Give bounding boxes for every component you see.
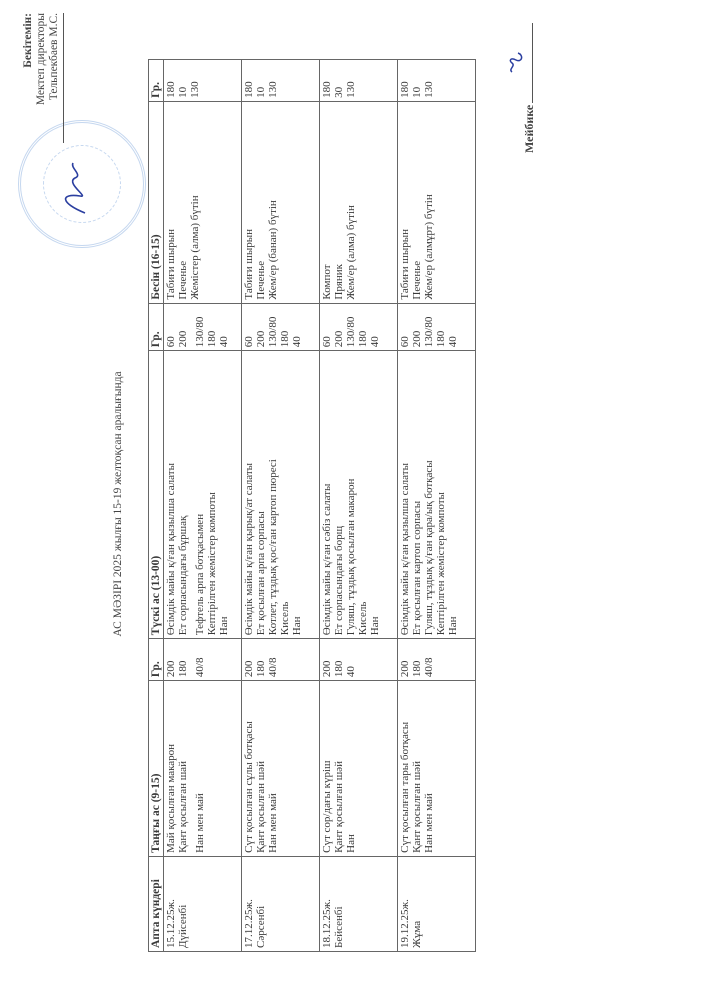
lunch-grams-cell-item: 200	[177, 307, 189, 348]
lunch-cell-item: Ет сорпасындағы борщ	[333, 354, 345, 635]
day-cell: 19.12.25ж.Жұма	[398, 856, 476, 951]
lunch-cell-item: Өсімдік майы қ/ған қызылша салаты	[399, 354, 411, 635]
breakfast-grams-cell-item: 200	[399, 642, 411, 677]
lunch-cell: Өсімдік майы қ/ған сәбіз салатыЕт сорпас…	[320, 351, 398, 639]
day-cell-item: 19.12.25ж.	[399, 860, 411, 948]
day-cell-item: Жұма	[411, 860, 423, 948]
lunch-cell-item: Ет қосылған арпа сорпасы	[255, 354, 267, 635]
snack-cell-item: Табиғи шырын	[399, 105, 411, 300]
breakfast-cell-item: Қант қосылған шәй	[411, 684, 423, 853]
lunch-grams-cell-item: 40	[218, 307, 230, 348]
snack-cell: КомпотПряникЖем/ер (алма) бүтін	[320, 101, 398, 303]
nurse-signature-icon	[506, 51, 528, 75]
breakfast-cell-item: Нан	[345, 684, 357, 853]
header-gr-lunch: Гр.	[149, 303, 164, 351]
lunch-cell-item: Ет сорпасындағы бұршақ	[177, 354, 189, 635]
lunch-cell-item: Тефтель арпа ботқасымен	[194, 354, 206, 635]
nurse-signature-line	[520, 23, 533, 103]
snack-grams-cell-item: 10	[177, 63, 189, 98]
breakfast-grams-cell-item: 180	[411, 642, 423, 677]
header-breakfast: Таңғы ас (9-15)	[149, 681, 164, 857]
breakfast-grams-cell-item: 40/8	[423, 642, 435, 677]
breakfast-cell: Сүт сор/дағы күрішҚант қосылған шәйНан	[320, 681, 398, 857]
snack-cell-item: Печенье	[255, 105, 267, 300]
lunch-grams-cell-item: 60	[243, 307, 255, 348]
approval-heading: Бекітемін:	[22, 13, 35, 173]
lunch-grams-cell-item: 200	[411, 307, 423, 348]
breakfast-grams-cell-item: 40/8	[194, 642, 206, 677]
lunch-cell-item: Кисель	[357, 354, 369, 635]
signature-line	[63, 13, 64, 143]
menu-table: Апта күндері Таңғы ас (9-15) Гр. Түскі а…	[148, 59, 476, 952]
lunch-grams-cell-item: 130/80	[423, 307, 435, 348]
lunch-grams-cell-item: 180	[435, 307, 447, 348]
lunch-cell-item: Котлет, тұздық қос/ған картоп пюресі	[267, 354, 279, 635]
day-cell-item: Бейсенбі	[333, 860, 345, 948]
lunch-grams-cell-item: 130/80	[267, 307, 279, 348]
lunch-cell: Өсімдік майы қ/ған қызылша салатыЕт сорп…	[164, 351, 242, 639]
lunch-grams-cell-item: 200	[255, 307, 267, 348]
snack-grams-cell: 18010130	[164, 60, 242, 102]
snack-cell: Табиғи шырынПеченьеЖем/ер (банан) бүтін	[242, 101, 320, 303]
day-cell: 18.12.25ж.Бейсенбі	[320, 856, 398, 951]
lunch-grams-cell-item: 40	[291, 307, 303, 348]
lunch-cell-item: Өсімдік майы қ/ған қызылша салаты	[165, 354, 177, 635]
header-lunch: Түскі ас (13-00)	[149, 351, 164, 639]
snack-grams-cell-item: 10	[411, 63, 423, 98]
header-gr-snack: Гр.	[149, 60, 164, 102]
snack-grams-cell: 18010130	[242, 60, 320, 102]
nurse-label: Мейбике	[522, 105, 536, 153]
breakfast-cell-item: Сүт қосылған тары ботқасы	[399, 684, 411, 853]
lunch-cell-item: Нан	[369, 354, 381, 635]
snack-cell-item: Жем/ер (алмұрт) бүтін	[423, 105, 435, 300]
snack-grams-cell-item: 180	[243, 63, 255, 98]
breakfast-cell-item: Қант қосылған шай	[177, 684, 189, 853]
table-row: 19.12.25ж.ЖұмаСүт қосылған тары ботқасыҚ…	[398, 60, 476, 952]
approval-position: Мектеп директоры	[35, 13, 48, 173]
snack-cell-item: Табиғи шырын	[165, 105, 177, 300]
breakfast-grams-cell-item: 40/8	[267, 642, 279, 677]
breakfast-grams-cell-item: 180	[255, 642, 267, 677]
snack-cell-item: Жем/ер (банан) бүтін	[267, 105, 279, 300]
day-cell: 17.12.25ж.Сәрсенбі	[242, 856, 320, 951]
lunch-grams-cell-item: 60	[165, 307, 177, 348]
lunch-grams-cell: 60200130/8018040	[242, 303, 320, 351]
breakfast-cell-item: Қант қосылған шәй	[255, 684, 267, 853]
snack-grams-cell-item: 10	[255, 63, 267, 98]
rotated-document-page: Бекітемін: Мектеп директоры Тельпекбаев …	[0, 0, 712, 1008]
lunch-cell-item: Өсімдік майы қ/ған қырық/ат салаты	[243, 354, 255, 635]
lunch-grams-cell-item: 130/80	[194, 307, 206, 348]
table-row: 18.12.25ж.БейсенбіСүт сор/дағы күрішҚант…	[320, 60, 398, 952]
approval-block: Бекітемін: Мектеп директоры Тельпекбаев …	[22, 13, 64, 173]
breakfast-cell-item: Сүт сор/дағы күріш	[321, 684, 333, 853]
breakfast-cell-item: Сүт қосылған сұлы ботқасы	[243, 684, 255, 853]
day-cell-item: 15.12.25ж.	[165, 860, 177, 948]
snack-grams-cell-item: 180	[321, 63, 333, 98]
snack-grams-cell: 18030130	[320, 60, 398, 102]
snack-cell-item: Компот	[321, 105, 333, 300]
day-cell-item: 17.12.25ж.	[243, 860, 255, 948]
day-cell-item: Сәрсенбі	[255, 860, 267, 948]
snack-grams-cell: 18010130	[398, 60, 476, 102]
snack-grams-cell-item: 130	[267, 63, 279, 98]
lunch-cell-item: Ет қосылған картоп сорпасы	[411, 354, 423, 635]
snack-grams-cell-item: 130	[423, 63, 435, 98]
lunch-cell-item: Гуляш, тұздық қосылған макарон	[345, 354, 357, 635]
lunch-grams-cell: 60200130/8018040	[398, 303, 476, 351]
breakfast-cell-item: Қант қосылған шәй	[333, 684, 345, 853]
breakfast-grams-cell: 20018040/8	[398, 639, 476, 681]
snack-cell: Табиғи шырынПеченьеЖем/ер (алмұрт) бүтін	[398, 101, 476, 303]
breakfast-grams-cell-item: 200	[243, 642, 255, 677]
breakfast-cell-item: Май қосылған макарон	[165, 684, 177, 853]
snack-cell-item: Печенье	[177, 105, 189, 300]
table-row: 15.12.25ж.ДүйсенбіМай қосылған макаронҚа…	[164, 60, 242, 952]
breakfast-grams-cell-item: 200	[321, 642, 333, 677]
breakfast-grams-cell: 20018040	[320, 639, 398, 681]
snack-cell-item: Жем/ер (алма) бүтін	[345, 105, 357, 300]
lunch-grams-cell-item: 60	[399, 307, 411, 348]
lunch-cell-item: Кисель	[279, 354, 291, 635]
lunch-cell-item: Гуляш, тұздық қ/ған қара/ық ботқасы	[423, 354, 435, 635]
breakfast-cell: Сүт қосылған сұлы ботқасыҚант қосылған ш…	[242, 681, 320, 857]
snack-cell: Табиғи шырынПеченьеЖемістер (алма) бүтін	[164, 101, 242, 303]
lunch-cell-item: Нан	[218, 354, 230, 635]
snack-cell-item: Жемістер (алма) бүтін	[189, 105, 201, 300]
breakfast-cell: Сүт қосылған тары ботқасыҚант қосылған ш…	[398, 681, 476, 857]
breakfast-grams-cell-item: 200	[165, 642, 177, 677]
breakfast-grams-cell-item: 40	[345, 642, 357, 677]
lunch-cell: Өсімдік майы қ/ған қырық/ат салатыЕт қос…	[242, 351, 320, 639]
breakfast-grams-cell: 20018040/8	[164, 639, 242, 681]
breakfast-cell-item: Нан мен май	[423, 684, 435, 853]
approval-name: Тельпекбаев М.С.	[48, 13, 61, 173]
lunch-grams-cell-item: 40	[369, 307, 381, 348]
lunch-cell-item: Кептірілген жемістер компоты	[206, 354, 218, 635]
lunch-cell-item: Кептірілген жемістер компоты	[435, 354, 447, 635]
lunch-grams-cell-item: 200	[333, 307, 345, 348]
breakfast-cell-item: Нан мен май	[267, 684, 279, 853]
lunch-grams-cell-item: 130/80	[345, 307, 357, 348]
lunch-grams-cell-item: 180	[206, 307, 218, 348]
lunch-grams-cell-item: 180	[279, 307, 291, 348]
table-row: 17.12.25ж.СәрсенбіСүт қосылған сұлы ботқ…	[242, 60, 320, 952]
snack-grams-cell-item: 180	[165, 63, 177, 98]
breakfast-cell-item: Нан мен май	[194, 684, 206, 853]
lunch-grams-cell-item: 180	[357, 307, 369, 348]
page-title: АС МӘЗІРІ 2025 жылғы 15-19 желтоқсан ара…	[112, 0, 124, 1008]
header-gr-breakfast: Гр.	[149, 639, 164, 681]
snack-grams-cell-item: 130	[189, 63, 201, 98]
day-cell-item: 18.12.25ж.	[321, 860, 333, 948]
header-day: Апта күндері	[149, 856, 164, 951]
day-cell-item: Дүйсенбі	[177, 860, 189, 948]
breakfast-grams-cell-item: 180	[333, 642, 345, 677]
lunch-cell-item: Өсімдік майы қ/ған сәбіз салаты	[321, 354, 333, 635]
lunch-grams-cell-item: 60	[321, 307, 333, 348]
header-snack: Бесін (16-15)	[149, 101, 164, 303]
lunch-grams-cell: 60200130/8018040	[320, 303, 398, 351]
lunch-grams-cell-item: 40	[447, 307, 459, 348]
nurse-signature: Мейбике	[520, 23, 537, 153]
lunch-cell-item: Нан	[291, 354, 303, 635]
day-cell: 15.12.25ж.Дүйсенбі	[164, 856, 242, 951]
breakfast-grams-cell-item: 180	[177, 642, 189, 677]
snack-grams-cell-item: 30	[333, 63, 345, 98]
breakfast-cell: Май қосылған макаронҚант қосылған шайНан…	[164, 681, 242, 857]
snack-grams-cell-item: 130	[345, 63, 357, 98]
snack-grams-cell-item: 180	[399, 63, 411, 98]
breakfast-grams-cell: 20018040/8	[242, 639, 320, 681]
snack-cell-item: Табиғи шырын	[243, 105, 255, 300]
snack-cell-item: Печенье	[411, 105, 423, 300]
table-header-row: Апта күндері Таңғы ас (9-15) Гр. Түскі а…	[149, 60, 164, 952]
lunch-cell: Өсімдік майы қ/ған қызылша салатыЕт қосы…	[398, 351, 476, 639]
lunch-cell-item: Нан	[447, 354, 459, 635]
lunch-grams-cell: 60200130/8018040	[164, 303, 242, 351]
snack-cell-item: Пряник	[333, 105, 345, 300]
